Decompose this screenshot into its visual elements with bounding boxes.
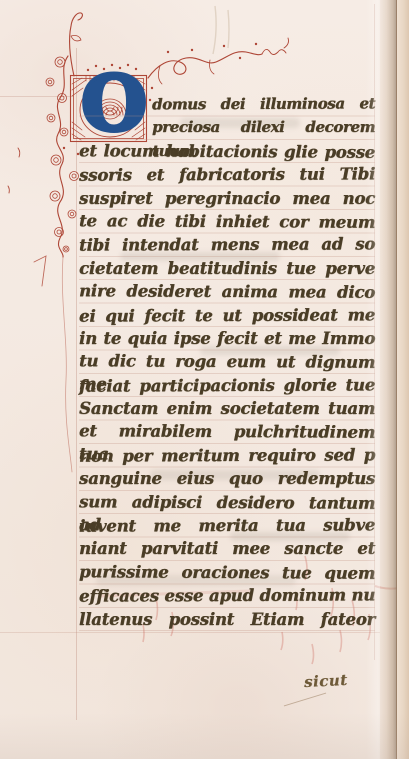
manuscript-line: preciosa dilexi decorem tuum bbox=[79, 116, 375, 139]
manuscript-line: domus dei illuminosa et bbox=[79, 92, 375, 117]
manuscript-line: non per meritum requiro sed p bbox=[79, 443, 375, 468]
manuscript-line: te ac die tibi inhiet cor meum bbox=[79, 209, 375, 234]
manuscript-line: cietatem beatitudinis tue perve bbox=[79, 257, 375, 280]
manuscript-page-photo: O domus dei illuminosa et preciosa dilex… bbox=[0, 0, 409, 759]
manuscript-line: faciat participacionis glorie tue bbox=[79, 373, 375, 398]
catchword: sicut bbox=[304, 670, 349, 692]
manuscript-line: ssoris et fabricatoris tui Tibi bbox=[79, 163, 375, 188]
manuscript-line: purissime oraciones tue quem bbox=[79, 560, 375, 585]
bottom-vignette bbox=[0, 713, 409, 759]
manuscript-line: iuvent me merita tua subve bbox=[79, 513, 375, 538]
manuscript-line: sum adipisci desidero tantum ad bbox=[79, 490, 375, 515]
manuscript-line: sanguine eius quo redemptus bbox=[79, 467, 375, 490]
manuscript-line: ei qui fecit te ut possideat me bbox=[79, 303, 375, 328]
manuscript-line: et mirabilem pulchritudinem tua bbox=[79, 420, 375, 445]
manuscript-line: in te quia ipse fecit et me Immo bbox=[79, 327, 375, 350]
adjacent-folio-edge bbox=[397, 0, 409, 759]
manuscript-line: tu dic tu roga eum ut dignum me bbox=[79, 350, 375, 375]
manuscript-line: niant parvitati mee sancte et bbox=[79, 537, 375, 560]
text-block: domus dei illuminosa et preciosa dilexi … bbox=[79, 93, 375, 631]
manuscript-line: et locum habitacionis glie posse bbox=[79, 139, 375, 164]
manuscript-line: Sanctam enim societatem tuam bbox=[79, 397, 375, 420]
manuscript-line: llatenus possint Etiam fateor bbox=[79, 608, 375, 631]
manuscript-line: suspiret peregrinacio mea noc bbox=[79, 187, 375, 210]
manuscript-line: tibi intendat mens mea ad so bbox=[79, 233, 375, 258]
page-fold-shadow bbox=[378, 0, 397, 759]
manuscript-line: nire desideret anima mea dico bbox=[79, 279, 375, 304]
manuscript-line: efficaces esse apud dominum nu bbox=[79, 584, 375, 609]
